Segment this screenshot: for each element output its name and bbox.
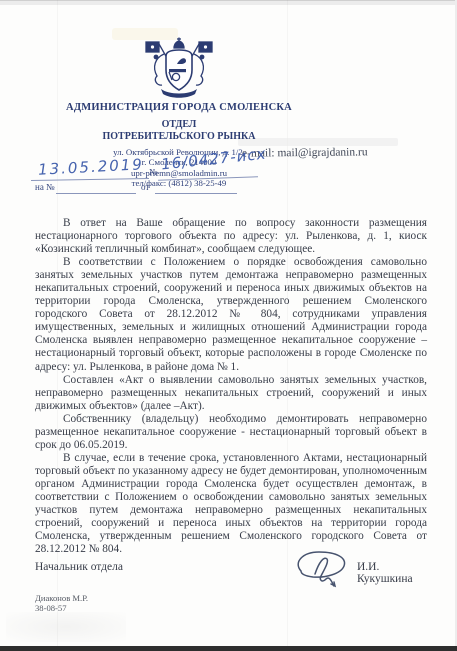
scan-bottom-edge xyxy=(0,646,457,651)
dept-line1: ОТДЕЛ xyxy=(53,119,305,131)
paragraph: В случае, если в течение срока, установл… xyxy=(35,452,427,556)
letter-body: В ответ на Ваше обращение по вопросу зак… xyxy=(35,217,427,556)
scanned-letter-page: АДМИНИСТРАЦИЯ ГОРОДА СМОЛЕНСКА ОТДЕЛ ПОТ… xyxy=(0,0,457,651)
paragraph: Собственнику (владельцу) необходимо демо… xyxy=(35,413,427,452)
executor-block: Диаконов М.Р. 38-08-57 xyxy=(35,593,88,613)
scan-top-edge xyxy=(0,0,457,5)
paragraph: Составлен «Акт о выявлении самовольно за… xyxy=(35,374,427,413)
signature-scribble-icon xyxy=(291,546,353,590)
smolensk-coat-of-arms-icon xyxy=(133,36,225,98)
signer-position: Начальник отдела xyxy=(35,561,123,573)
reply-to-label: на № xyxy=(35,182,55,192)
paragraph: В соответствии с Положением о порядке ос… xyxy=(35,256,427,373)
executor-name: Диаконов М.Р. xyxy=(35,593,88,603)
dept-line2: ПОТРЕБИТЕЛЬСКОГО РЫНКА xyxy=(53,131,305,143)
executor-phone: 38-08-57 xyxy=(35,603,88,613)
signer-name: И.И. Кукушкина xyxy=(357,561,435,585)
org-name: АДМИНИСТРАЦИЯ ГОРОДА СМОЛЕНСКА xyxy=(53,102,305,114)
reply-number-blank-line xyxy=(56,192,136,194)
paragraph: В ответ на Ваше обращение по вопросу зак… xyxy=(35,217,427,256)
scan-artifact xyxy=(6,612,126,642)
reply-from-label: от xyxy=(141,182,149,192)
reply-date-blank-line xyxy=(155,192,237,194)
number-sign-label: № xyxy=(149,167,158,177)
